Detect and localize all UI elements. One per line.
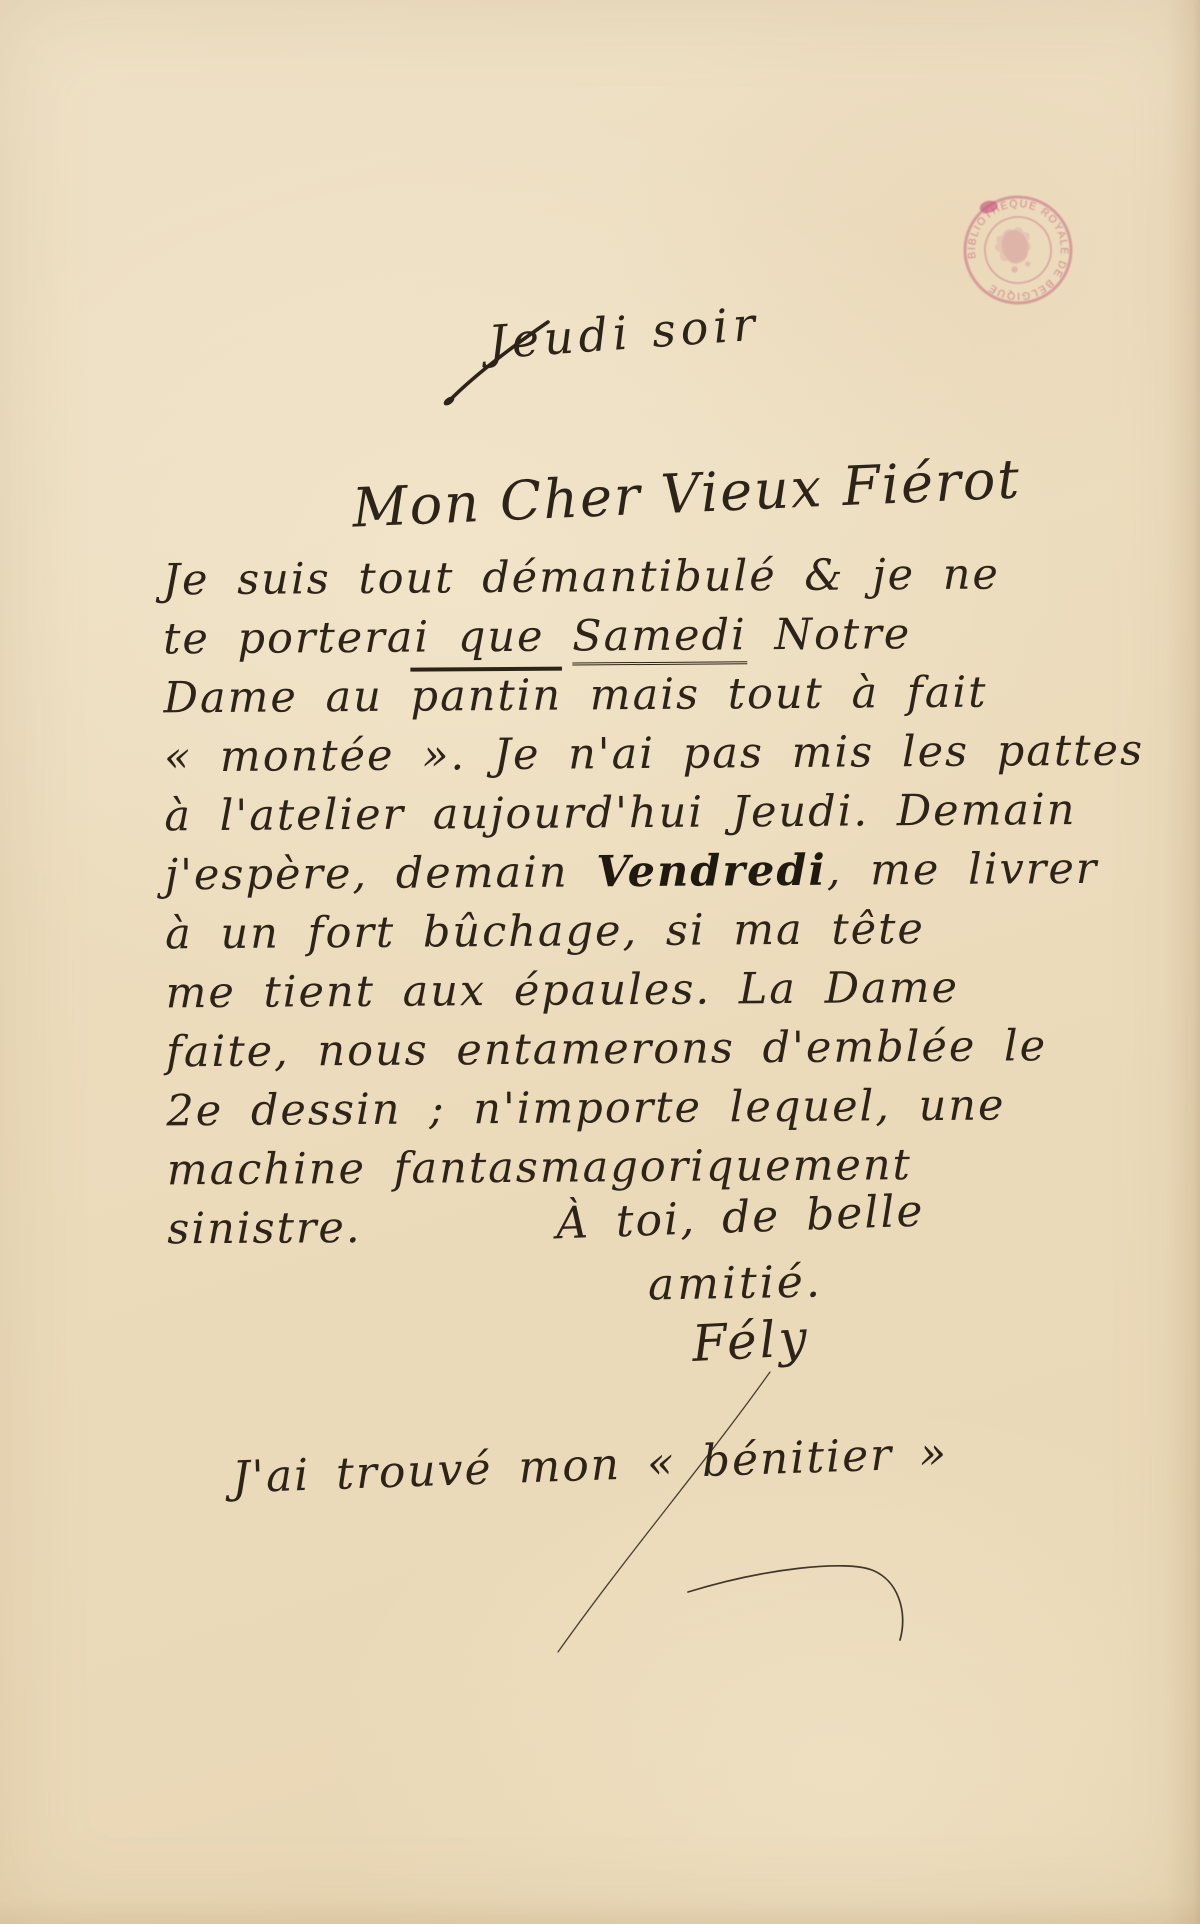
dateline: Jeudi soir [486, 297, 761, 370]
paper-right-edge-shadow [1166, 0, 1200, 1924]
dateline-flourish-end [442, 395, 456, 407]
letter-body-line: te porterai que Samedi Notre [163, 604, 1123, 670]
letter-body-line: Je suis tout démantibulé & je ne [163, 545, 1123, 611]
letter-body-line: « montée ». Je n'ai pas mis les pattes [164, 722, 1124, 788]
letter-body-line: Dame au pantin mais tout à fait [163, 663, 1123, 729]
stamp-crest-icon [991, 225, 1037, 276]
closing-swoosh-stroke [688, 1566, 903, 1640]
signature-descender-stroke [558, 1372, 770, 1652]
letter-body-line: me tient aux épaules. La Dame [165, 958, 1125, 1024]
signature: Fély [691, 1309, 812, 1373]
letter-body-line: 2e dessin ; n'importe lequel, une [166, 1076, 1126, 1142]
letter-body-line: faite, nous entamerons d'emblée le [166, 1017, 1126, 1083]
stamp-ink-blot [978, 199, 998, 215]
letter-body-line: à un fort bûchage, si ma tête [165, 899, 1125, 965]
salutation: Mon Cher Vieux Fiérot [351, 447, 1022, 539]
letter-page: BIBLIOTHÈQUE ROYALE DE BELGIQUE Jeudi so… [0, 0, 1200, 1924]
paper-bottom-edge-shadow [0, 1898, 1200, 1924]
closing-word: amitié. [648, 1256, 824, 1310]
postscript: J'ai trouvé mon « bénitier » [231, 1428, 949, 1504]
svg-text:BIBLIOTHÈQUE ROYALE DE BELGIQU: BIBLIOTHÈQUE ROYALE DE BELGIQUE [955, 186, 1082, 313]
letter-body-line: j'espère, demain Vendredi, me livrer [165, 840, 1125, 906]
letter-body-line: machine fantasmagoriquement [167, 1135, 1127, 1201]
library-stamp-icon: BIBLIOTHÈQUE ROYALE DE BELGIQUE [953, 184, 1082, 314]
letter-body: Je suis tout démantibulé & je nete porte… [163, 545, 1128, 1260]
letter-body-line: à l'atelier aujourd'hui Jeudi. Demain [164, 781, 1124, 847]
